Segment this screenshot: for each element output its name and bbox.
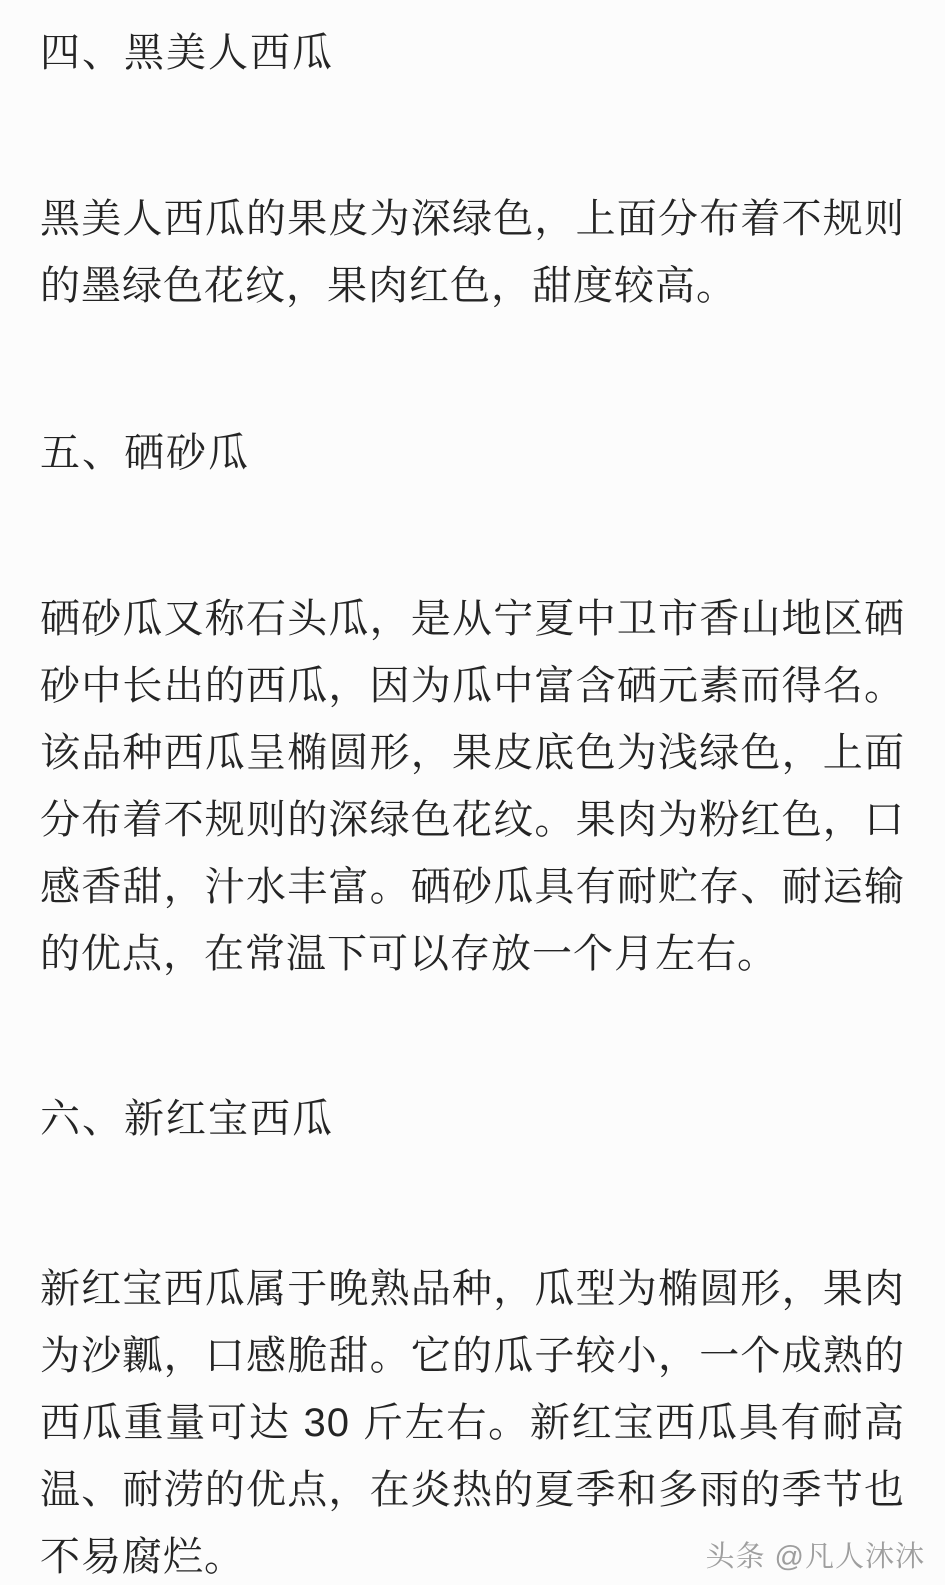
section-heading-selenium-sand: 五、硒砂瓜 [40,420,905,487]
section-body-selenium-sand: 硒砂瓜又称石头瓜，是从宁夏中卫市香山地区硒砂中长出的西瓜，因为瓜中富含硒元素而得… [40,586,905,988]
section-heading-new-red-treasure: 六、新红宝西瓜 [40,1086,905,1153]
article-page: 四、黑美人西瓜 黑美人西瓜的果皮为深绿色，上面分布着不规则的墨绿色花纹，果肉红色… [0,0,945,1585]
section-body-black-beauty: 黑美人西瓜的果皮为深绿色，上面分布着不规则的墨绿色花纹，果肉红色，甜度较高。 [40,186,905,320]
section-heading-black-beauty: 四、黑美人西瓜 [40,20,905,87]
section-body-new-red-treasure: 新红宝西瓜属于晚熟品种，瓜型为椭圆形，果肉为沙瓤，口感脆甜。它的瓜子较小，一个成… [40,1256,905,1585]
watermark-author-credit: 头条 @凡人沐沐 [706,1541,926,1573]
